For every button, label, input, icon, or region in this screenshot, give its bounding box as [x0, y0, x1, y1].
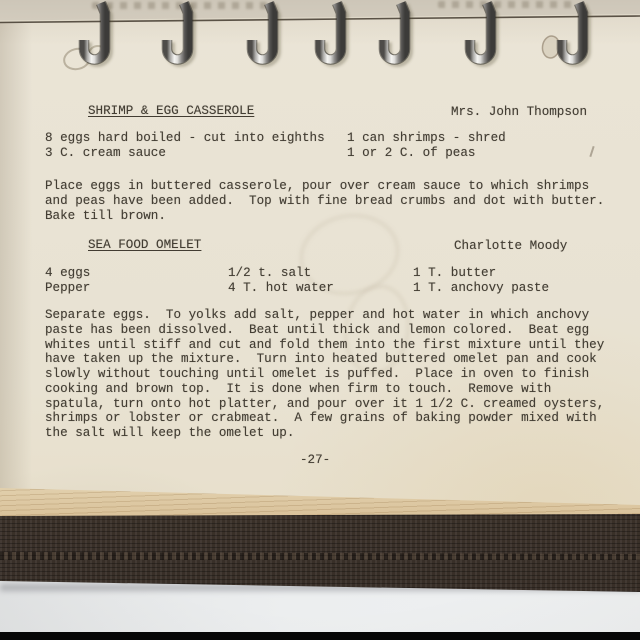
instruction-line: the salt will keep the omelet up.	[45, 426, 294, 440]
binder-ring	[167, 3, 191, 62]
instruction-line: spatula, turn onto hot platter, and pour…	[45, 397, 604, 411]
binder-ring	[470, 3, 494, 62]
recipe-contributor: Charlotte Moody	[454, 239, 567, 253]
instruction-line: have taken up the mixture. Turn into hea…	[45, 352, 597, 366]
ingredient: 1 T. butter	[413, 266, 496, 280]
binder-ring	[252, 3, 276, 62]
photo-recipe-book-page: SHRIMP & EGG CASSEROLE Mrs. John Thompso…	[0, 0, 640, 640]
binder-ring	[562, 3, 586, 62]
ingredient: Pepper	[45, 281, 90, 295]
photo-bottom-edge	[0, 632, 640, 640]
instruction-line: slowly without touching until omelet is …	[45, 367, 589, 381]
ingredient: 3 C. cream sauce	[45, 146, 166, 160]
ingredient: 8 eggs hard boiled - cut into eighths	[45, 131, 325, 145]
binder-ring	[84, 3, 108, 62]
instruction-line: Place eggs in buttered casserole, pour o…	[45, 179, 589, 193]
binder-rings	[0, 0, 640, 110]
instruction-line: Bake till brown.	[45, 209, 166, 223]
ingredient: 1/2 t. salt	[228, 266, 311, 280]
instruction-line: Separate eggs. To yolks add salt, pepper…	[45, 308, 589, 322]
ingredient: 1 can shrimps - shred	[347, 131, 506, 145]
instruction-line: whites until stiff and cut and fold them…	[45, 338, 604, 352]
ingredient: 1 T. anchovy paste	[413, 281, 549, 295]
page-stack-edge-line	[0, 16, 640, 23]
binder-ring	[384, 3, 408, 62]
ingredient: 1 or 2 C. of peas	[347, 146, 475, 160]
instruction-line: cooking and brown top. It is done when f…	[45, 382, 551, 396]
instruction-line: paste has been dissolved. Beat until thi…	[45, 323, 589, 337]
ingredient: 4 T. hot water	[228, 281, 334, 295]
instruction-line: and peas have been added. Top with fine …	[45, 194, 604, 208]
recipe-title: SEA FOOD OMELET	[88, 238, 201, 252]
binder-ring	[320, 3, 344, 62]
instruction-line: shrimps or lobster or crabmeat. A few gr…	[45, 411, 597, 425]
ingredient: 4 eggs	[45, 266, 90, 280]
page-number: -27-	[300, 453, 330, 467]
